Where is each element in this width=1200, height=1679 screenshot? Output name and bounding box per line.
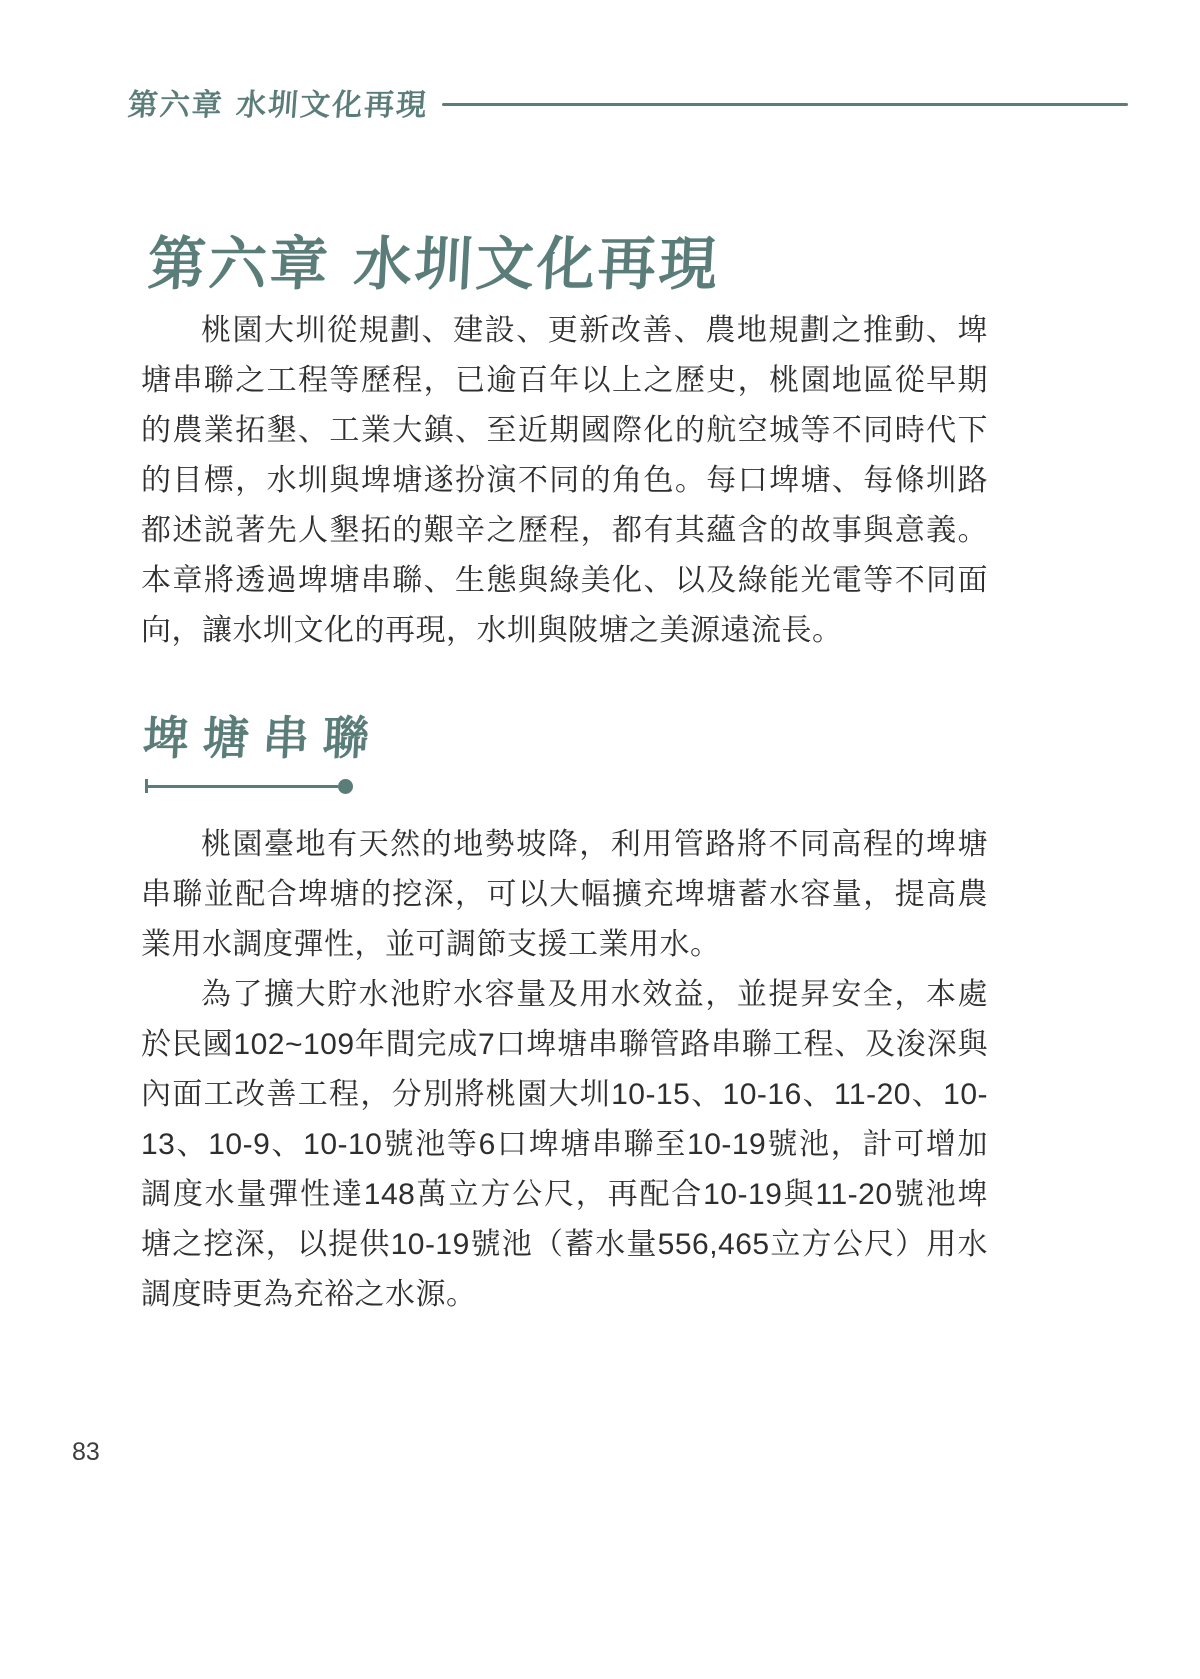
intro-paragraph: 桃園大圳從規劃、建設、更新改善、農地規劃之推動、埤塘串聯之工程等歷程，已逾百年以… [141, 306, 988, 656]
section-paragraph: 為了擴大貯水池貯水容量及用水效益，並提昇安全，本處於民國102~109年間完成7… [141, 970, 988, 1320]
section-heading: 埤塘串聯 [141, 702, 384, 768]
section-underline [145, 778, 353, 794]
content-column: 桃園大圳從規劃、建設、更新改善、農地規劃之推動、埤塘串聯之工程等歷程，已逾百年以… [141, 306, 988, 1320]
section-paragraph: 桃園臺地有天然的地勢坡降，利用管路將不同高程的埤塘串聯並配合埤塘的挖深，可以大幅… [141, 820, 988, 970]
page-header: 第六章 水圳文化再現 [128, 80, 1128, 124]
underline-dot-icon [338, 779, 353, 794]
page-number: 83 [72, 1438, 100, 1467]
page-title: 第六章 水圳文化再現 [146, 217, 723, 301]
underline-rule [148, 785, 338, 788]
running-chapter-label: 第六章 水圳文化再現 [126, 80, 430, 124]
section-heading-block: 埤塘串聯 [141, 702, 988, 794]
header-rule [442, 103, 1128, 106]
